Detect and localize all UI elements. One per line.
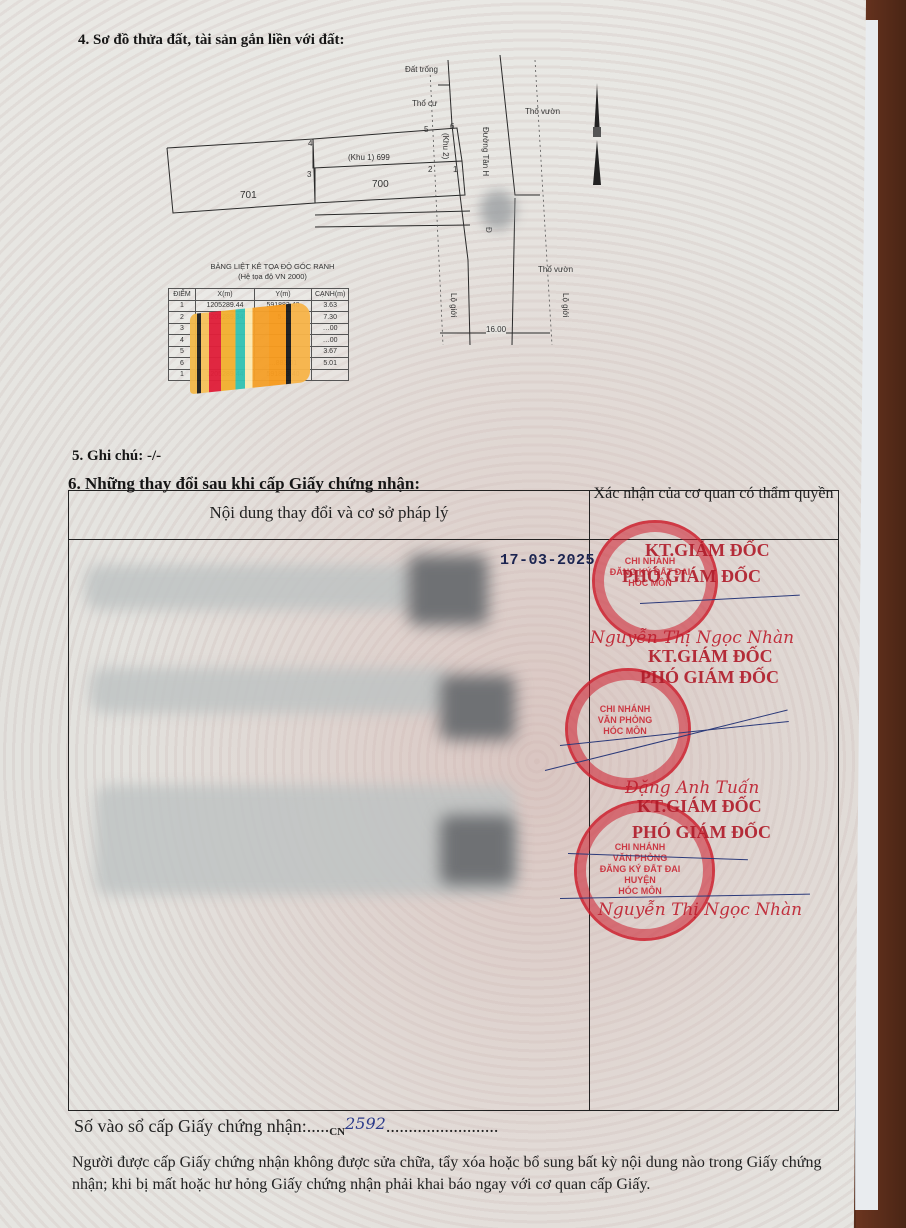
coord-cell: 1 [169, 300, 196, 312]
title-pho-giam-doc-3: PHÓ GIÁM ĐỐC [632, 822, 771, 843]
registry-label: Số vào sổ cấp Giấy chứng nhận: [74, 1116, 307, 1136]
coord-cell: 3.63 [312, 300, 349, 312]
title-pho-giam-doc-1: PHÓ GIÁM ĐỐC [622, 566, 761, 587]
privacy-sticker [190, 302, 310, 395]
coord-table-title: BẢNG LIỆT KÊ TỌA ĐỘ GÓC RANH (Hệ tọa độ … [175, 262, 370, 282]
coord-table-title-text: BẢNG LIỆT KÊ TỌA ĐỘ GÓC RANH [175, 262, 370, 272]
redacted-entry-2 [90, 668, 450, 713]
signer-name-2: Đặng Anh Tuấn [625, 778, 759, 798]
coord-cell: 5.01 [312, 358, 349, 370]
certificate-page: 4. Sơ đồ thửa đất, tài sản gắn liền với … [0, 0, 866, 1228]
redacted-block-3 [440, 815, 515, 885]
redacted-entry-1 [85, 565, 415, 610]
header-y: Y(m) [255, 289, 312, 301]
coord-cell: …00 [312, 335, 349, 347]
label-parcel-700: 700 [372, 179, 389, 190]
signer-name-1: Nguyễn Thị Ngọc Nhàn [590, 628, 794, 648]
registry-number: 2592 [345, 1114, 386, 1133]
point-5: 5 [424, 125, 428, 134]
label-road-name: Đường Tân H [481, 127, 490, 176]
coord-cell: 3.67 [312, 346, 349, 358]
header-x: X(m) [196, 289, 255, 301]
column-header-confirmation: Xác nhận của cơ quan có thẩm quyền [589, 485, 838, 503]
redacted-block-2 [440, 675, 515, 740]
redacted-block-1 [408, 555, 488, 625]
column-divider [589, 491, 590, 1110]
coord-cell: …00 [312, 323, 349, 335]
label-width: 16.00 [486, 325, 506, 334]
section-5-heading: 5. Ghi chú: -/- [72, 448, 161, 465]
label-tho-cu: Thổ cư [412, 99, 437, 108]
point-2: 2 [428, 165, 432, 174]
label-lo-gioi-right: Lộ giới [561, 293, 570, 317]
registry-number-line: Số vào sổ cấp Giấy chứng nhận:.....CN259… [74, 1114, 498, 1138]
seal-3-text: CHI NHÁNHVĂN PHÒNGĐĂNG KÝ ĐẤT ĐAIHUYỆNHÓ… [585, 842, 695, 897]
column-header-changes: Nội dung thay đổi và cơ sở pháp lý [69, 503, 589, 523]
header-canh: CẠNH(m) [312, 289, 349, 301]
redaction-blur [480, 190, 516, 230]
seal-2-text: CHI NHÁNHVĂN PHÒNGHÓC MÔN [575, 704, 675, 737]
coord-table-header: ĐIỂM X(m) Y(m) CẠNH(m) [169, 289, 349, 301]
section-4-heading: 4. Sơ đồ thửa đất, tài sản gắn liền với … [78, 32, 345, 49]
label-tho-vuon-top: Thổ vườn [525, 107, 560, 116]
title-kt-giam-doc-2: KT.GIÁM ĐỐC [648, 646, 773, 667]
coord-cell: 7.30 [312, 312, 349, 324]
coord-table-subtitle: (Hệ tọa độ VN 2000) [175, 272, 370, 282]
title-kt-giam-doc-3: KT.GIÁM ĐỐC [637, 796, 762, 817]
label-tho-vuon-bottom: Thổ vườn [538, 265, 573, 274]
point-3: 3 [307, 170, 311, 179]
label-parcel-701: 701 [240, 190, 257, 201]
coord-cell [312, 369, 349, 381]
title-pho-giam-doc-2: PHÓ GIÁM ĐỐC [640, 667, 779, 688]
label-khu1-699: (Khu 1) 699 [348, 153, 390, 162]
point-6: 6 [450, 122, 454, 131]
date-stamp: 17-03-2025 [500, 552, 595, 569]
point-4: 4 [308, 139, 312, 148]
signer-name-3: Nguyễn Thị Ngọc Nhàn [598, 900, 802, 920]
notice-text: Người được cấp Giấy chứng nhận không đượ… [72, 1152, 852, 1196]
north-arrow-icon [593, 83, 601, 185]
label-dat-trong: Đất trống [405, 65, 438, 74]
title-kt-giam-doc-1: KT.GIÁM ĐỐC [645, 540, 770, 561]
registry-prefix: CN [329, 1126, 345, 1138]
point-1: 1 [453, 165, 457, 174]
label-khu2: (Khu 2) [441, 133, 450, 159]
label-lo-gioi-left: Lộ giới [449, 293, 458, 317]
header-diem: ĐIỂM [169, 289, 196, 301]
